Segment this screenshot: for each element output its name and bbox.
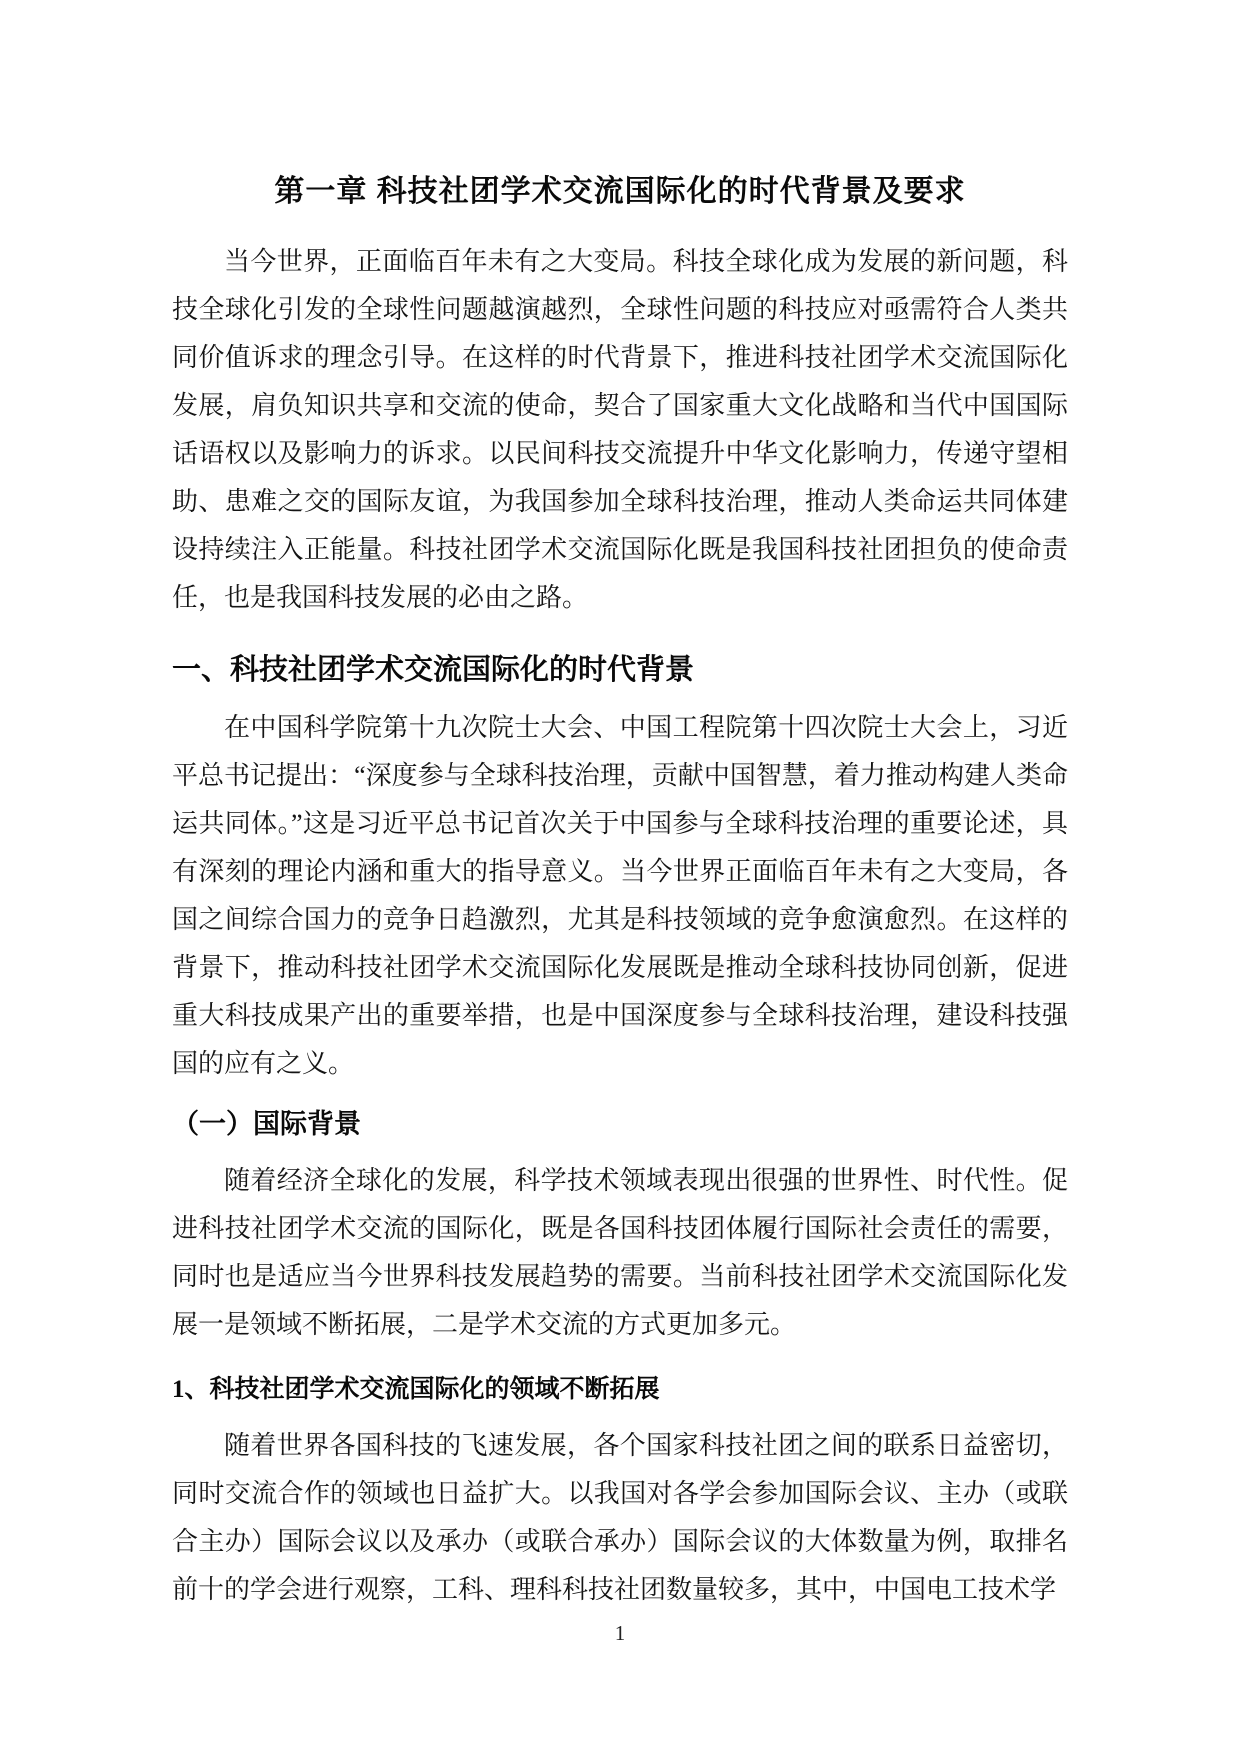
page-footer: 1 [0, 1620, 1240, 1646]
page-number: 1 [615, 1621, 626, 1645]
document-page: 第一章 科技社团学术交流国际化的时代背景及要求 当今世界，正面临百年未有之大变局… [0, 0, 1240, 1753]
subsection-heading-international-background: （一）国际背景 [172, 1103, 1068, 1145]
point-heading-expanding-fields: 1、科技社团学术交流国际化的领域不断拓展 [172, 1370, 1068, 1410]
section-paragraph: 在中国科学院第十九次院士大会、中国工程院第十四次院士大会上，习近平总书记提出：“… [172, 704, 1068, 1088]
chapter-title: 第一章 科技社团学术交流国际化的时代背景及要求 [172, 172, 1068, 212]
section-heading-time-background: 一、科技社团学术交流国际化的时代背景 [172, 648, 1068, 692]
subsection-paragraph: 随着经济全球化的发展，科学技术领域表现出很强的世界性、时代性。促进科技社团学术交… [172, 1157, 1068, 1349]
intro-paragraph: 当今世界，正面临百年未有之大变局。科技全球化成为发展的新问题，科技全球化引发的全… [172, 238, 1068, 622]
point-paragraph: 随着世界各国科技的飞速发展，各个国家科技社团之间的联系日益密切，同时交流合作的领… [172, 1422, 1068, 1614]
